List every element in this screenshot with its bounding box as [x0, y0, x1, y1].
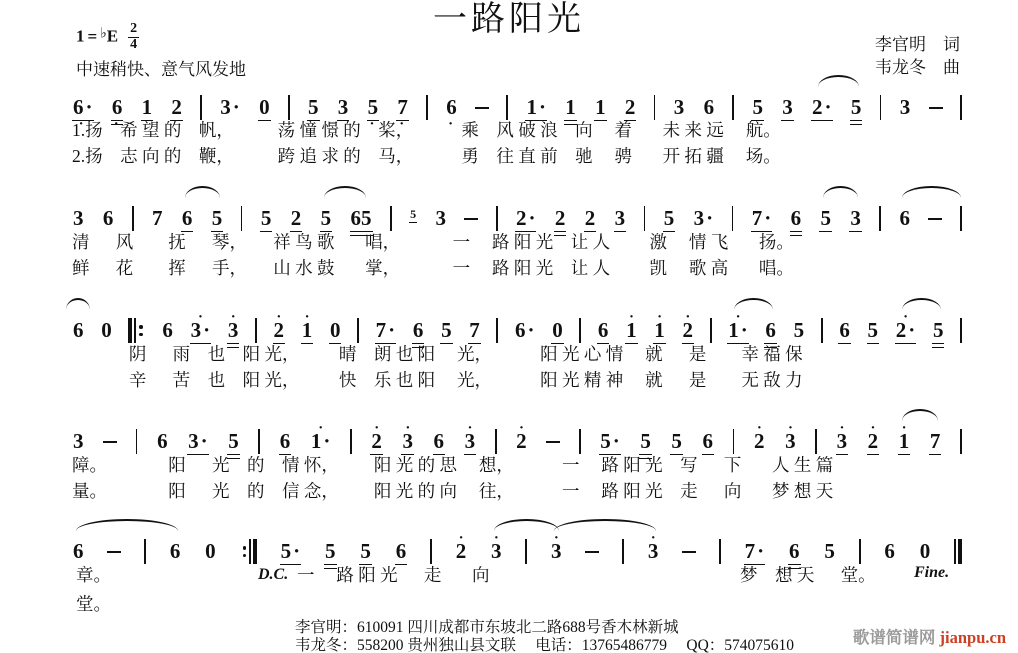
barline — [241, 206, 243, 231]
note-token: 7· — [396, 97, 409, 118]
equals-sign: = — [88, 27, 98, 46]
lyrics-line: 阴 雨 也 阳 光， 晴 朗 也 阳 光， 阳 光 心 情 就 是 幸 福 保 — [72, 341, 992, 366]
barline — [255, 318, 257, 343]
lyrics-line: 辛 苦 也 阳 光， 快 乐 也 阳 光， 阳 光 精 神 就 是 无 敌 力 — [72, 367, 992, 392]
note-token: 7 — [151, 208, 164, 229]
lyrics-line: 梦 想 天 堂。 — [740, 562, 940, 587]
tempo-marking: 中速稍快、意气风发地 — [76, 55, 246, 80]
time-denominator: 4 — [128, 38, 139, 53]
octave-up-dot: · — [736, 310, 740, 325]
barline — [430, 539, 432, 564]
barline — [821, 318, 823, 343]
note-token: 7· — [375, 320, 397, 341]
octave-up-dot: · — [305, 310, 309, 325]
watermark: 歌谱简谱网 jianpu.cn — [853, 624, 1006, 648]
held-note-dash — [928, 218, 942, 220]
note-token: 5 — [850, 97, 863, 118]
barline — [960, 206, 962, 231]
key-signature: 1=♭E24 — [76, 22, 139, 52]
note-token: 0 — [551, 320, 564, 341]
note-token: 2 — [290, 208, 303, 229]
octave-up-dot: · — [840, 421, 844, 436]
octave-up-dot: · — [651, 531, 655, 546]
slur-arc — [185, 186, 220, 198]
lyrics-line: 障。 阳 光 的 情 怀， 阳 光 的 思 想， 一 路 阳 光 写 下 人 生… — [72, 452, 992, 477]
note-token: 5 — [359, 541, 372, 562]
note-token: 6· — [111, 97, 124, 118]
note-token: 6 — [790, 208, 803, 229]
note-token: 5 — [932, 320, 945, 341]
slur-arc — [554, 519, 656, 531]
note-token: 3· — [187, 431, 209, 452]
note-token: 3· — [464, 431, 477, 452]
octave-up-dot: · — [198, 310, 202, 325]
barline — [733, 429, 735, 454]
note-token: 6 — [703, 97, 716, 118]
note-token: 2· — [515, 431, 528, 452]
note-token: 3· — [227, 320, 240, 341]
octave-up-dot: · — [319, 421, 323, 436]
notation-line-3: 6063··3·2·1·07·6576·061·1·2·1··65652··5 — [72, 311, 962, 341]
time-numerator: 2 — [128, 22, 139, 38]
watermark-site-name: 歌谱简谱网 — [853, 628, 940, 647]
note-token: 6 — [702, 431, 715, 452]
note-token: 1·· — [310, 431, 332, 452]
slur-arc — [734, 298, 774, 310]
held-note-dash — [546, 441, 560, 443]
note-token: 2 — [170, 97, 183, 118]
barline — [732, 206, 734, 231]
note-token: 6 — [72, 320, 85, 341]
slur-arc — [818, 75, 860, 87]
held-note-dash — [682, 551, 696, 553]
note-token: 65 — [350, 208, 373, 229]
note-token: 1· — [625, 320, 638, 341]
end-repeat-barline — [240, 539, 257, 564]
note-token: 6 — [169, 541, 182, 562]
barline — [622, 539, 624, 564]
barline — [579, 429, 581, 454]
note-token: 5 — [307, 97, 320, 118]
note-token: 3 — [781, 97, 794, 118]
dc-marking: D.C. — [258, 566, 288, 584]
barline — [132, 206, 134, 231]
note-token: 2· — [515, 208, 537, 229]
barline — [136, 429, 138, 454]
held-note-dash — [585, 551, 599, 553]
note-token: 6 — [597, 320, 610, 341]
note-token: 5 — [211, 208, 224, 229]
note-token: 5 — [260, 208, 273, 229]
song-title: 一路阳光 — [0, 0, 1018, 40]
barline — [525, 539, 527, 564]
note-token: 5 — [751, 97, 764, 118]
note-token: 3 — [614, 208, 627, 229]
note-token: 2· — [273, 320, 286, 341]
note-token: 2· — [811, 97, 833, 118]
barline — [815, 429, 817, 454]
lyrics-line: 2.扬 志 向 的 鞭， 跨 追 求 的 马， 勇 往 直 前 驰 骋 开 拓 … — [72, 143, 992, 168]
note-token: 5 — [440, 320, 453, 341]
time-signature: 24 — [128, 22, 139, 52]
octave-up-dot: · — [629, 310, 633, 325]
note-token: 1 — [564, 97, 577, 118]
note-token: 1 — [141, 97, 154, 118]
sheet-music-page: 一路阳光 1=♭E24 中速稍快、意气风发地 李官明 词 韦龙冬 曲 6··6·… — [0, 0, 1018, 653]
octave-up-dot: · — [375, 421, 379, 436]
slur-arc — [324, 186, 366, 198]
note-token: 6 — [279, 431, 292, 452]
barline — [390, 206, 392, 231]
note-token: 1· — [525, 97, 547, 118]
note-token: 6 — [181, 208, 194, 229]
note-token: 5· — [280, 541, 302, 562]
lyrics-line: 1.扬 希 望 的 帆， 荡 憧 憬 的 桨， 乘 风 破 浪 向 着 未 来 … — [72, 117, 992, 142]
note-token: 0 — [258, 97, 271, 118]
note-token: 2 — [554, 208, 567, 229]
note-token: 5 — [663, 208, 676, 229]
held-note-dash — [107, 551, 121, 553]
octave-up-dot: · — [468, 421, 472, 436]
held-note-dash — [464, 218, 478, 220]
credits: 李官明 词 韦龙冬 曲 — [875, 33, 960, 79]
note-token: 6· — [445, 97, 458, 118]
composer-credit: 韦龙冬 曲 — [875, 56, 960, 79]
note-token: 6 — [412, 320, 425, 341]
note-token: 3 — [899, 97, 912, 118]
barline — [710, 318, 712, 343]
notation-line-5: 6605·5562·3·3·3·7·6560 — [72, 532, 962, 562]
note-token: 5 — [867, 320, 880, 341]
note-token: 6 — [102, 208, 115, 229]
slur-arc — [494, 519, 559, 531]
note-token: 6 — [883, 541, 896, 562]
note-token: 3 — [434, 208, 447, 229]
octave-up-dot: · — [231, 310, 235, 325]
note-token: 3· — [550, 541, 563, 562]
held-note-dash — [475, 107, 489, 109]
octave-up-dot: · — [406, 421, 410, 436]
barline — [144, 539, 146, 564]
slur-arc — [902, 186, 962, 198]
octave-up-dot: · — [902, 421, 906, 436]
note-token: 3· — [784, 431, 797, 452]
barline — [644, 206, 646, 231]
lyrics-line: 清 风 抚 琴， 祥 鸟 歌 唱， 一 路 阳 光 让 人 激 情 飞 扬。 — [72, 229, 992, 254]
slur-arc — [823, 186, 858, 198]
note-token: 1· — [898, 431, 911, 452]
note-token: 6·· — [72, 97, 94, 118]
verse1-ending: 章。 — [76, 562, 116, 587]
note-token: 2·· — [895, 320, 917, 341]
octave-up-dot: · — [658, 310, 662, 325]
slur-arc — [902, 409, 938, 421]
octave-up-dot: · — [520, 421, 524, 436]
note-token: 2· — [753, 431, 766, 452]
note-token: 3 — [849, 208, 862, 229]
note-token: 7· — [744, 541, 766, 562]
note-token: 3· — [647, 541, 660, 562]
note-token: 3· — [836, 431, 849, 452]
note-token: 6 — [764, 320, 777, 341]
slur-arc — [76, 519, 178, 531]
note-token: 6 — [156, 431, 169, 452]
note-token: 6 — [788, 541, 801, 562]
octave-up-dot: · — [494, 531, 498, 546]
notation-line-2: 3676552565532·22353·7·6536 — [72, 199, 962, 229]
note-token: 3· — [219, 97, 241, 118]
note-token: 5 — [639, 431, 652, 452]
barline — [579, 318, 581, 343]
notation-line-4: 363·561··2·3·63·2·5·5562·3·3·2·1·7 — [72, 422, 962, 452]
note-token: 2· — [370, 431, 383, 452]
octave-up-dot: · — [459, 531, 463, 546]
lyrics-line: 一 路 阳 光 走 向 — [297, 562, 597, 587]
address-line-2: 韦龙冬：558200 贵州独山县文联 电话：13765486779 QQ：574… — [295, 637, 794, 653]
note-token: 3 — [673, 97, 686, 118]
barline — [350, 429, 352, 454]
slur-arc — [66, 298, 90, 310]
note-token: 1· — [653, 320, 666, 341]
barline — [960, 318, 962, 343]
note-token: 5 — [793, 320, 806, 341]
begin-repeat-barline — [128, 318, 145, 343]
note-token: 1· — [301, 320, 314, 341]
octave-up-dot: · — [554, 531, 558, 546]
note-token: 2· — [455, 541, 468, 562]
note-token: 3 — [72, 208, 85, 229]
barline — [879, 206, 881, 231]
note-token: 1 — [594, 97, 607, 118]
note-token: 3· — [490, 541, 503, 562]
slur-arc — [902, 298, 942, 310]
key-letter: E — [107, 27, 118, 46]
barline — [496, 318, 498, 343]
lyrics-line: 鲜 花 挥 手， 山 水 鼓 掌， 一 路 阳 光 让 人 凯 歌 高 唱。 — [72, 255, 992, 280]
note-token: 3· — [693, 208, 715, 229]
lyrics-line: 量。 阳 光 的 信 念， 阳 光 的 向 往， 一 路 阳 光 走 向 梦 想… — [72, 478, 992, 503]
key-tonic: 1 — [76, 27, 85, 46]
address-line-1: 李官明：610091 四川成都市东坡北二路688号香木林新城 — [295, 619, 794, 637]
octave-up-dot: · — [277, 310, 281, 325]
note-token: 3 — [72, 431, 85, 452]
note-token: 7· — [751, 208, 773, 229]
barline — [859, 539, 861, 564]
note-token: 6· — [514, 320, 536, 341]
note-token: 5 — [670, 431, 683, 452]
note-token: 5 — [823, 541, 836, 562]
note-token: 7 — [468, 320, 481, 341]
note-token: 3 — [337, 97, 350, 118]
note-token: 6 — [395, 541, 408, 562]
barline — [258, 429, 260, 454]
watermark-link[interactable]: jianpu.cn — [940, 628, 1006, 647]
octave-up-dot: · — [686, 310, 690, 325]
note-token: 6 — [161, 320, 174, 341]
note-token: 2 — [624, 97, 637, 118]
lyricist-credit: 李官明 词 — [875, 33, 960, 56]
octave-up-dot: · — [871, 421, 875, 436]
held-note-dash — [103, 441, 117, 443]
barline — [357, 318, 359, 343]
note-token: 5· — [367, 97, 380, 118]
barline — [495, 429, 497, 454]
held-note-dash — [929, 107, 943, 109]
verse2-ending: 堂。 — [76, 591, 116, 616]
note-token: 6 — [898, 208, 911, 229]
note-token: 6 — [838, 320, 851, 341]
note-token: 5 — [320, 208, 333, 229]
note-token: 7 — [929, 431, 942, 452]
note-token: 5 — [324, 541, 337, 562]
final-barline — [954, 539, 962, 564]
note-token: 5 — [227, 431, 240, 452]
fine-marking: Fine. — [914, 564, 949, 582]
notation-line-1: 6··6·123·0535·7·6·1·11236532·53 — [72, 88, 962, 118]
flat-icon: ♭ — [100, 27, 107, 42]
note-token: 2· — [867, 431, 880, 452]
note-token: 1·· — [727, 320, 749, 341]
barline — [960, 429, 962, 454]
note-token: 5· — [599, 431, 621, 452]
note-token: 0 — [329, 320, 342, 341]
note-token: 2 — [584, 208, 597, 229]
note-token: 0 — [100, 320, 113, 341]
note-token: 6 — [433, 431, 446, 452]
note-token: 0 — [919, 541, 932, 562]
contact-info: 李官明：610091 四川成都市东坡北二路688号香木林新城 韦龙冬：55820… — [295, 619, 794, 653]
grace-note: 5 — [409, 208, 417, 220]
octave-up-dot: · — [757, 421, 761, 436]
note-token: 0 — [204, 541, 217, 562]
barline — [496, 206, 498, 231]
note-token: 6 — [72, 541, 85, 562]
note-token: 5 — [819, 208, 832, 229]
octave-up-dot: · — [904, 310, 908, 325]
octave-up-dot: · — [788, 421, 792, 436]
barline — [719, 539, 721, 564]
note-token: 3· — [401, 431, 414, 452]
note-token: 3·· — [190, 320, 212, 341]
note-token: 2· — [682, 320, 695, 341]
